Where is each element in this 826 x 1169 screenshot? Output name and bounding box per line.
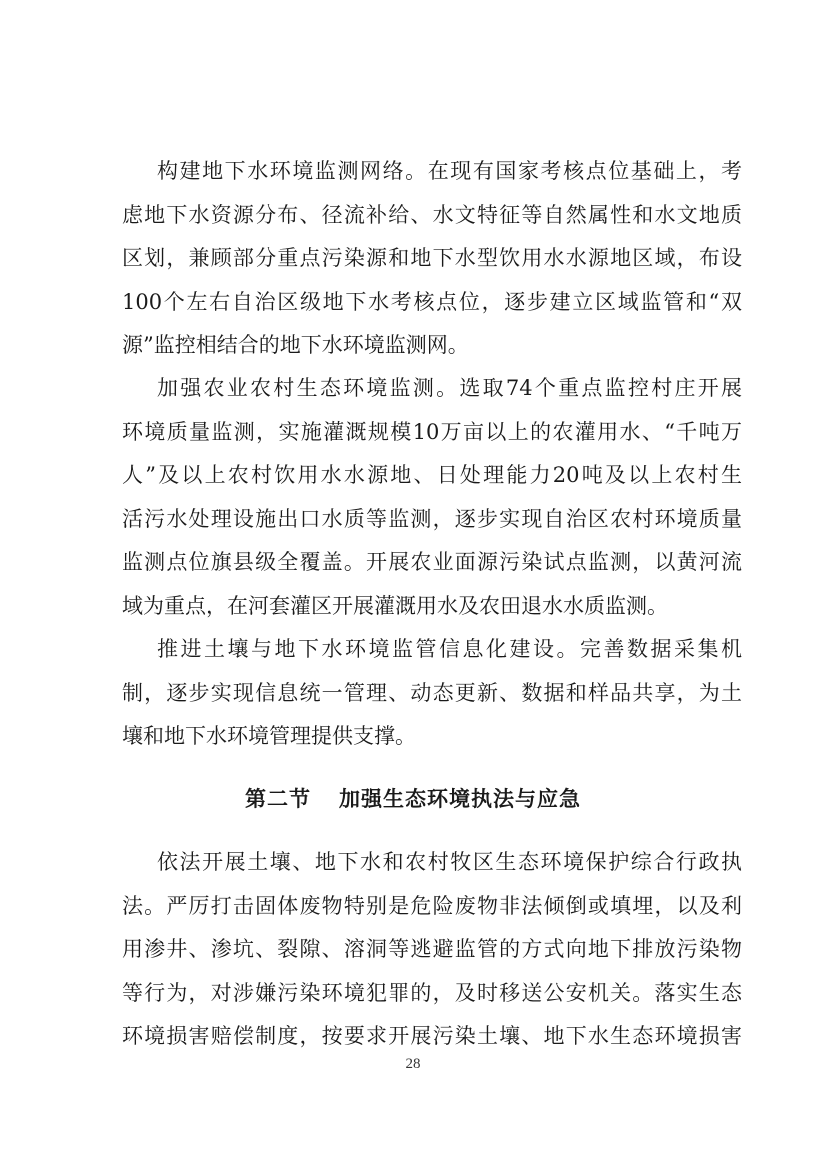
section-number: 第二节	[245, 786, 311, 811]
text-line: 推进土壤与地下水环境监管信息化建设。完善数据采集机	[157, 634, 742, 664]
text-line: 壤和地下水环境管理提供支撑。	[122, 721, 742, 751]
text-line: 域为重点，在河套灌区开展灌溉用水及农田退水水质监测。	[122, 591, 742, 621]
page-number: 28	[0, 1056, 826, 1073]
text-line: 监测点位旗县级全覆盖。开展农业面源污染试点监测，以黄河流	[122, 547, 742, 577]
text-line: 环境损害赔偿制度，按要求开展污染土壤、地下水生态环境损害	[122, 1021, 742, 1051]
text-line: 人”及以上农村饮用水水源地、日处理能力20吨及以上农村生	[122, 460, 742, 490]
text-line: 用渗井、渗坑、裂隙、溶洞等逃避监管的方式向地下排放污染物	[122, 934, 742, 964]
text-line: 环境质量监测，实施灌溉规模10万亩以上的农灌用水、“千吨万	[122, 417, 742, 447]
section-heading: 第二节加强生态环境执法与应急	[0, 784, 826, 814]
text-line: 依法开展土壤、地下水和农村牧区生态环境保护综合行政执	[157, 847, 742, 877]
text-line: 源”监控相结合的地下水环境监测网。	[122, 330, 742, 360]
document-page: 构建地下水环境监测网络。在现有国家考核点位基础上，考 虑地下水资源分布、径流补给…	[0, 0, 826, 1169]
text-line: 100个左右自治区级地下水考核点位，逐步建立区域监管和“双	[122, 287, 742, 317]
text-line: 活污水处理设施出口水质等监测，逐步实现自治区农村环境质量	[122, 504, 742, 534]
section-title: 加强生态环境执法与应急	[339, 786, 581, 811]
text-line: 构建地下水环境监测网络。在现有国家考核点位基础上，考	[157, 156, 742, 186]
text-line: 加强农业农村生态环境监测。选取74个重点监控村庄开展	[157, 373, 742, 403]
text-line: 制，逐步实现信息统一管理、动态更新、数据和样品共享，为土	[122, 678, 742, 708]
text-line: 法。严厉打击固体废物特别是危险废物非法倾倒或填埋，以及利	[122, 891, 742, 921]
text-line: 虑地下水资源分布、径流补给、水文特征等自然属性和水文地质	[122, 200, 742, 230]
text-line: 等行为，对涉嫌污染环境犯罪的，及时移送公安机关。落实生态	[122, 978, 742, 1008]
text-line: 区划，兼顾部分重点污染源和地下水型饮用水水源地区域，布设	[122, 243, 742, 273]
